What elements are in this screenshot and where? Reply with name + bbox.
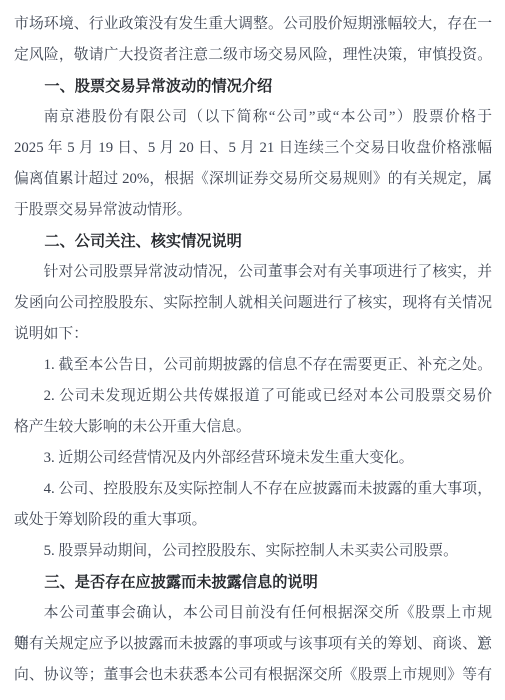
text-line: 4. 公司、控股股东及实际控制人不存在应披露而未披露的重大事项， — [14, 474, 492, 505]
text-line: 南京港股份有限公司（以下简称“公司”或“本公司”）股票价格于 — [14, 102, 492, 133]
text-line: 针对公司股票异常波动情况，公司董事会对有关事项进行了核实，并 — [14, 257, 492, 288]
text-line: 格产生较大影响的未公开重大信息。 — [14, 412, 492, 443]
document-body: 市场环境、行业政策没有发生重大调整。公司股价短期涨幅较大，存在一定风险，敬请广大… — [14, 9, 492, 691]
section-heading: 一、股票交易异常波动的情况介绍 — [14, 71, 492, 102]
text-line: 发函向公司控股股东、实际控制人就相关问题进行了核实，现将有关情况 — [14, 288, 492, 319]
text-line: 或处于筹划阶段的重大事项。 — [14, 505, 492, 536]
text-line: 于股票交易异常波动情形。 — [14, 195, 492, 226]
announcement-page: 市场环境、行业政策没有发生重大调整。公司股价短期涨幅较大，存在一定风险，敬请广大… — [0, 0, 505, 700]
text-line: 向、协议等；董事会也未获悉本公司有根据深交所《股票上市规则》等有 — [14, 660, 492, 691]
text-line: 市场环境、行业政策没有发生重大调整。公司股价短期涨幅较大，存在一 — [14, 9, 492, 40]
text-line: 5. 股票异动期间，公司控股股东、实际控制人未买卖公司股票。 — [14, 536, 492, 567]
section-heading: 三、是否存在应披露而未披露信息的说明 — [14, 567, 492, 598]
text-line: 3. 近期公司经营情况及内外部经营环境未发生重大变化。 — [14, 443, 492, 474]
text-line: 偏离值累计超过 20%，根据《深圳证券交易所交易规则》的有关规定，属 — [14, 164, 492, 195]
text-line: 2. 公司未发现近期公共传媒报道了可能或已经对本公司股票交易价 — [14, 381, 492, 412]
text-line: 2025 年 5 月 19 日、5 月 20 日、5 月 21 日连续三个交易日… — [14, 133, 492, 164]
text-line: 本公司董事会确认，本公司目前没有任何根据深交所《股票上市规则》 — [14, 598, 492, 629]
text-line: 说明如下： — [14, 319, 492, 350]
text-line: 等有关规定应予以披露而未披露的事项或与该事项有关的筹划、商谈、意 — [14, 629, 492, 660]
text-line: 1. 截至本公告日，公司前期披露的信息不存在需要更正、补充之处。 — [14, 350, 492, 381]
text-line: 定风险，敬请广大投资者注意二级市场交易风险，理性决策，审慎投资。 — [14, 40, 492, 71]
section-heading: 二、公司关注、核实情况说明 — [14, 226, 492, 257]
